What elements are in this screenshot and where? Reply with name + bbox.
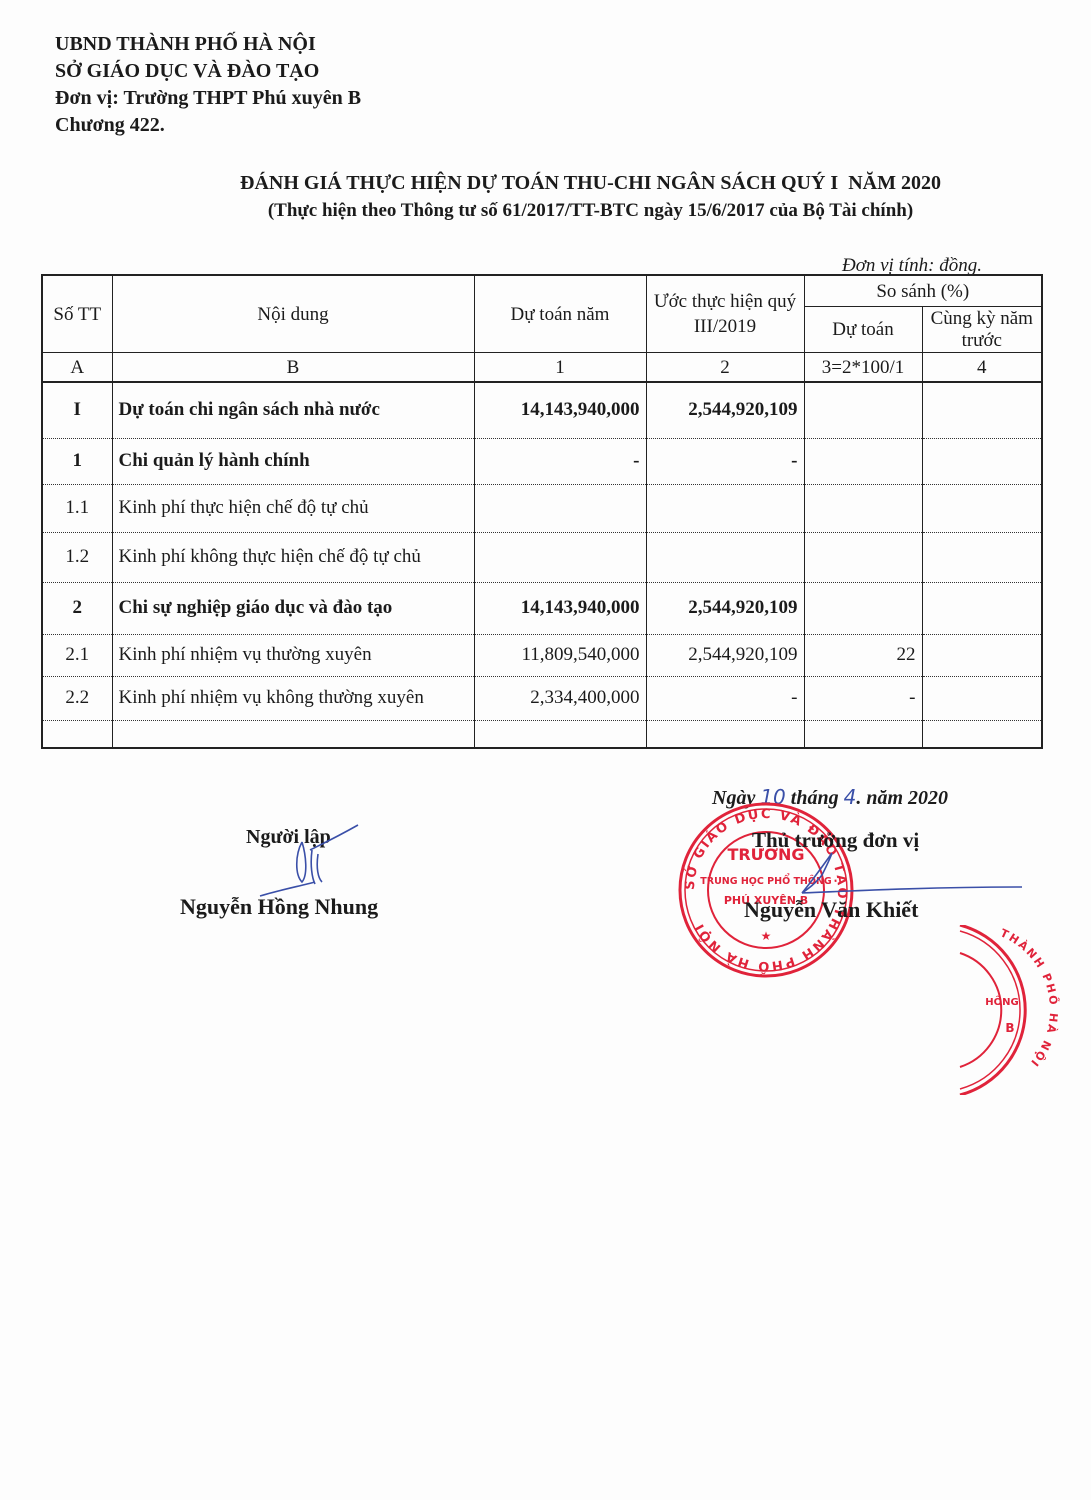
- cell-actual: 2,544,920,109: [646, 382, 804, 438]
- partial-seal-stamp: THÀNH PHỐ HÀ NỘI HÔNG B: [930, 925, 1060, 1095]
- cell-pct-estimate: -: [804, 676, 922, 720]
- cell-pct-estimate: [804, 438, 922, 484]
- cell-pct-estimate: [804, 382, 922, 438]
- cell-actual: -: [646, 438, 804, 484]
- column-index-cell: 2: [646, 353, 804, 383]
- cell-content: [112, 720, 474, 748]
- cell-actual: [646, 720, 804, 748]
- header-chapter: Chương 422.: [55, 112, 361, 139]
- head-of-unit-name: Nguyễn Văn Khiết: [744, 897, 918, 923]
- cell-pct-last-year: [922, 720, 1042, 748]
- column-index-cell: 3=2*100/1: [804, 353, 922, 383]
- cell-pct-last-year: [922, 484, 1042, 532]
- cell-pct-estimate: [804, 720, 922, 748]
- cell-actual: [646, 532, 804, 582]
- column-index-row: AB123=2*100/14: [42, 353, 1042, 383]
- cell-pct-last-year: [922, 382, 1042, 438]
- cell-annual: 14,143,940,000: [474, 582, 646, 634]
- svg-text:TRUNG HỌC PHỔ THÔNG: TRUNG HỌC PHỔ THÔNG: [700, 874, 832, 887]
- date-year: . năm 2020: [856, 787, 948, 809]
- header-content: Nội dung: [112, 275, 474, 353]
- cell-pct-estimate: [804, 582, 922, 634]
- cell-pct-last-year: [922, 438, 1042, 484]
- cell-stt: 1.1: [42, 484, 112, 532]
- cell-stt: [42, 720, 112, 748]
- cell-pct-last-year: [922, 532, 1042, 582]
- cell-annual: [474, 720, 646, 748]
- cell-annual: 14,143,940,000: [474, 382, 646, 438]
- cell-actual: -: [646, 676, 804, 720]
- table-row: 2.1Kinh phí nhiệm vụ thường xuyên11,809,…: [42, 634, 1042, 676]
- column-index-cell: 1: [474, 353, 646, 383]
- head-of-unit-role: Thủ trưởng đơn vị: [752, 828, 919, 853]
- cell-pct-estimate: [804, 532, 922, 582]
- cell-content: Kinh phí nhiệm vụ thường xuyên: [112, 634, 474, 676]
- header-comparison: So sánh (%): [804, 275, 1042, 307]
- cell-annual: 11,809,540,000: [474, 634, 646, 676]
- cell-actual: 2,544,920,109: [646, 634, 804, 676]
- cell-actual: [646, 484, 804, 532]
- cell-content: Kinh phí thực hiện chế độ tự chủ: [112, 484, 474, 532]
- table-row: IDự toán chi ngân sách nhà nước14,143,94…: [42, 382, 1042, 438]
- title-main: ĐÁNH GIÁ THỰC HIỆN DỰ TOÁN THU-CHI NGÂN …: [0, 170, 1091, 197]
- header-vs-last-year: Cùng kỳ năm trước: [922, 307, 1042, 353]
- budget-table: Số TT Nội dung Dự toán năm Ước thực hiện…: [41, 274, 1043, 749]
- cell-content: Kinh phí không thực hiện chế độ tự chủ: [112, 532, 474, 582]
- budget-table-body: IDự toán chi ngân sách nhà nước14,143,94…: [42, 382, 1042, 748]
- cell-stt: I: [42, 382, 112, 438]
- svg-text:★: ★: [761, 929, 772, 943]
- table-row: 1.1Kinh phí thực hiện chế độ tự chủ: [42, 484, 1042, 532]
- column-index-cell: 4: [922, 353, 1042, 383]
- table-row: 2Chi sự nghiệp giáo dục và đào tạo14,143…: [42, 582, 1042, 634]
- header-stt: Số TT: [42, 275, 112, 353]
- svg-text:B: B: [1005, 1021, 1014, 1035]
- document-title: ĐÁNH GIÁ THỰC HIỆN DỰ TOÁN THU-CHI NGÂN …: [0, 170, 1091, 224]
- cell-annual: [474, 532, 646, 582]
- cell-stt: 1.2: [42, 532, 112, 582]
- header-unit: Đơn vị: Trường THPT Phú xuyên B: [55, 85, 361, 112]
- cell-pct-last-year: [922, 676, 1042, 720]
- cell-annual: [474, 484, 646, 532]
- cell-actual: 2,544,920,109: [646, 582, 804, 634]
- header-estimated-actual: Ước thực hiện quý III/2019: [646, 275, 804, 353]
- title-sub: (Thực hiện theo Thông tư số 61/2017/TT-B…: [0, 197, 1091, 224]
- table-row: 1.2Kinh phí không thực hiện chế độ tự ch…: [42, 532, 1042, 582]
- cell-stt: 2.1: [42, 634, 112, 676]
- cell-content: Kinh phí nhiệm vụ không thường xuyên: [112, 676, 474, 720]
- cell-pct-estimate: 22: [804, 634, 922, 676]
- table-row: [42, 720, 1042, 748]
- cell-content: Chi quản lý hành chính: [112, 438, 474, 484]
- column-index-cell: B: [112, 353, 474, 383]
- table-row: 2.2Kinh phí nhiệm vụ không thường xuyên2…: [42, 676, 1042, 720]
- header-department: SỞ GIÁO DỤC VÀ ĐÀO TẠO: [55, 58, 361, 85]
- header-city-committee: UBND THÀNH PHỐ HÀ NỘI: [55, 31, 361, 58]
- table-row: 1Chi quản lý hành chính--: [42, 438, 1042, 484]
- cell-stt: 2.2: [42, 676, 112, 720]
- cell-pct-estimate: [804, 484, 922, 532]
- cell-content: Dự toán chi ngân sách nhà nước: [112, 382, 474, 438]
- document-header: UBND THÀNH PHỐ HÀ NỘI SỞ GIÁO DỤC VÀ ĐÀO…: [55, 31, 361, 139]
- preparer-name: Nguyễn Hồng Nhung: [180, 894, 378, 920]
- preparer-role: Người lập: [246, 826, 331, 849]
- cell-stt: 1: [42, 438, 112, 484]
- svg-text:HÔNG: HÔNG: [985, 995, 1018, 1008]
- cell-stt: 2: [42, 582, 112, 634]
- cell-pct-last-year: [922, 634, 1042, 676]
- cell-pct-last-year: [922, 582, 1042, 634]
- header-annual-estimate: Dự toán năm: [474, 275, 646, 353]
- header-vs-estimate: Dự toán: [804, 307, 922, 353]
- cell-annual: -: [474, 438, 646, 484]
- cell-content: Chi sự nghiệp giáo dục và đào tạo: [112, 582, 474, 634]
- column-index-cell: A: [42, 353, 112, 383]
- cell-annual: 2,334,400,000: [474, 676, 646, 720]
- official-seal-stamp: SỞ GIÁO DỤC VÀ ĐÀO TẠO THÀNH PHỐ HÀ NỘI …: [676, 800, 856, 980]
